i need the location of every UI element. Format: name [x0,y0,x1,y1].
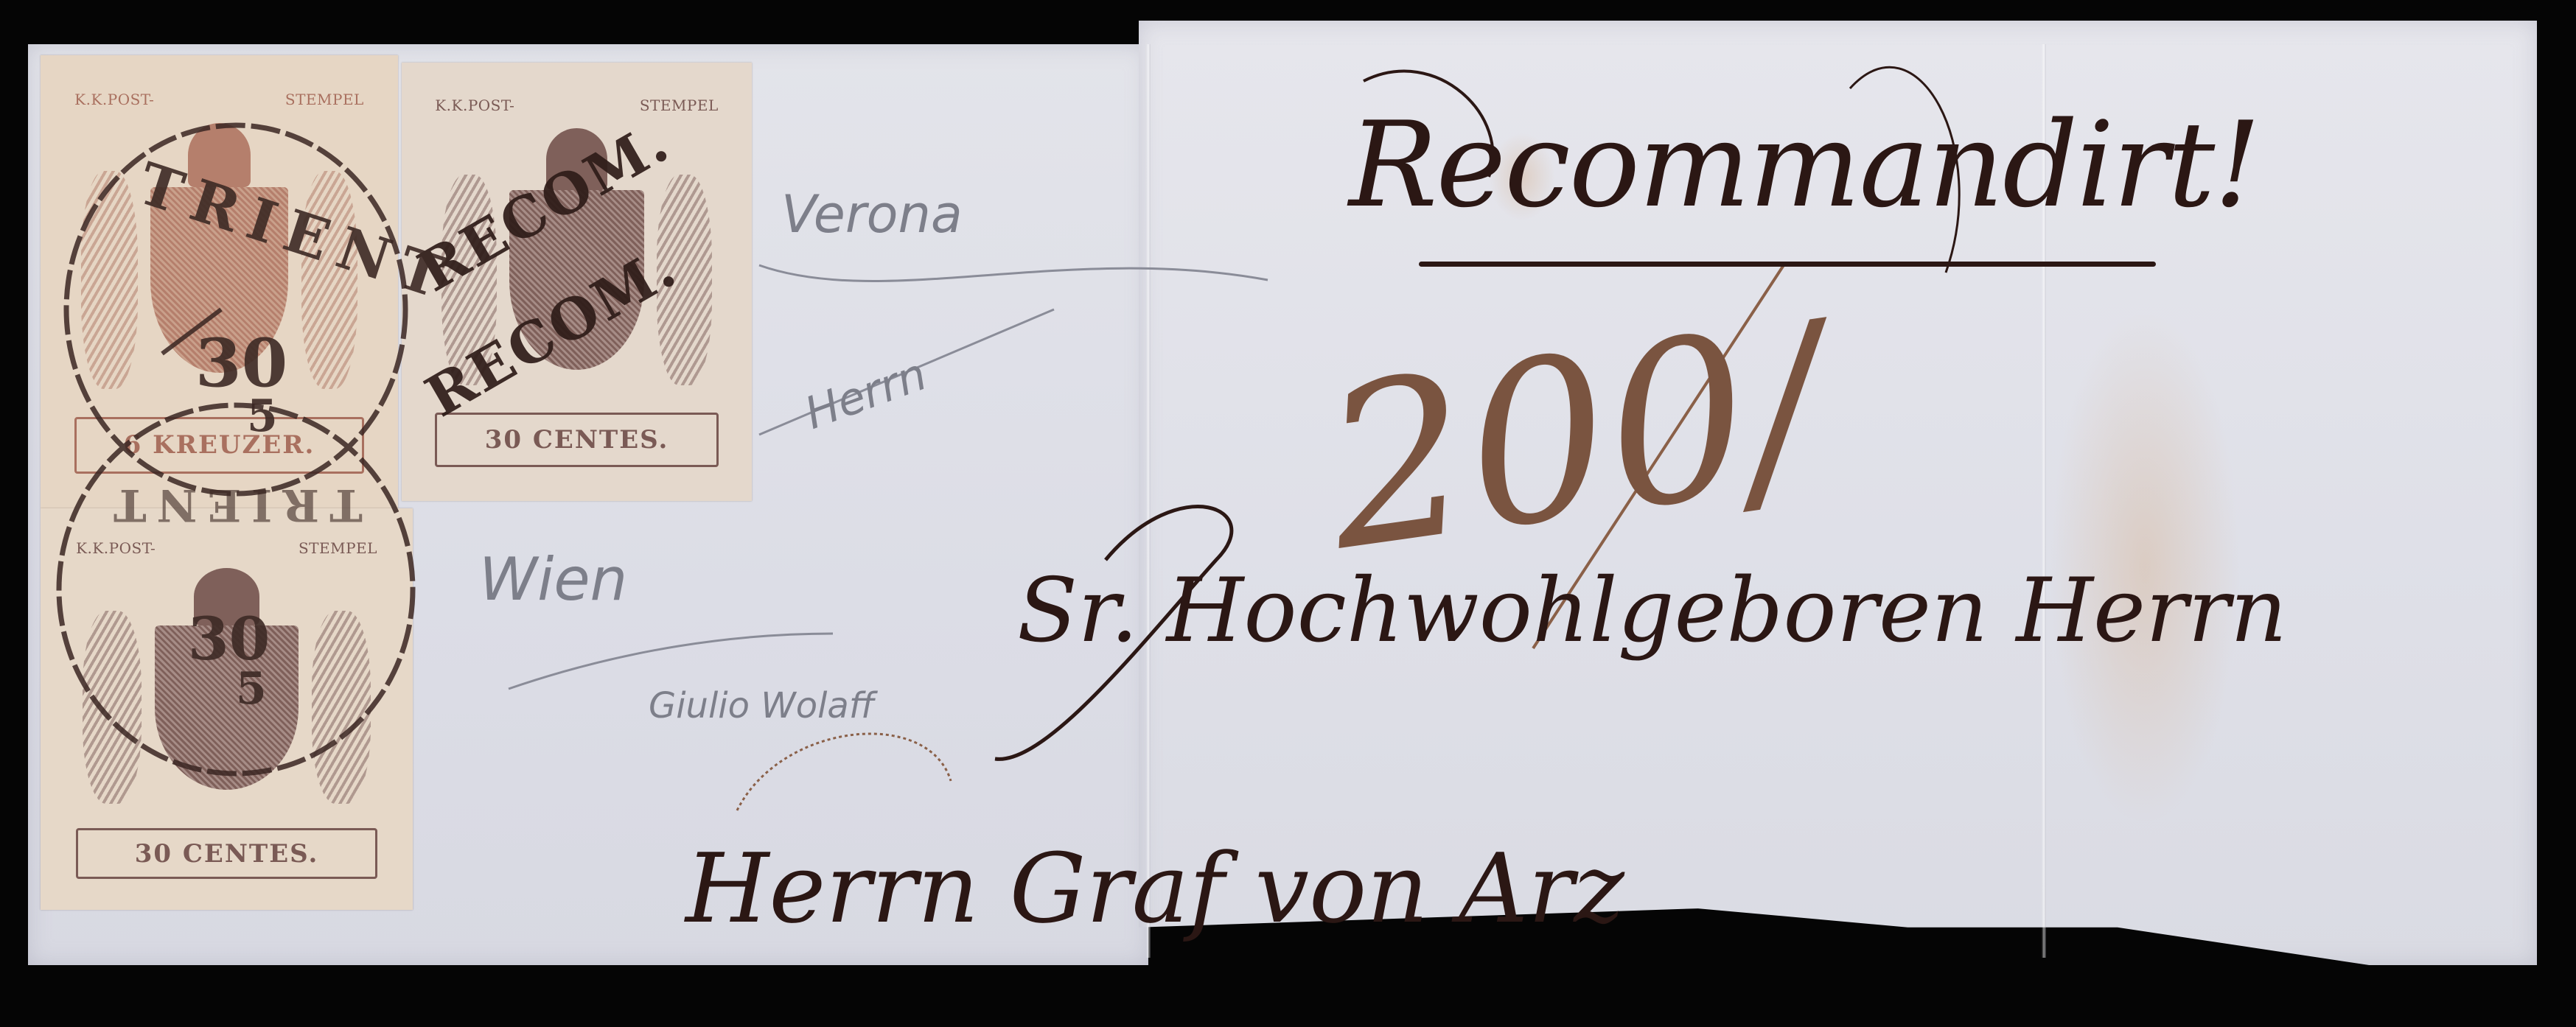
stamp-header-left: K.K.POST- [435,97,514,114]
stamp-value: 6 KREUZER. [74,417,364,474]
stamp-header: K.K.POST- STEMPEL [76,539,377,557]
address-line-2: Herrn Graf von Arz [685,833,1624,944]
stamp-value: 30 CENTES. [435,413,719,468]
stamp-header: K.K.POST- STEMPEL [435,97,719,114]
registration-underline [1419,262,2156,267]
laurel-icon [81,171,138,389]
registration-note: Recommandirt! [1349,96,2260,234]
stamp-value: 30 CENTES. [76,828,377,879]
cancel-town: TRIENT [103,479,363,530]
stamp-header-left: K.K.POST- [76,539,156,557]
pencil-note: Verona [781,184,963,245]
stamp-30-centes: K.K.POST- STEMPEL 30 CENTES. [41,508,413,910]
stamp-header-right: STEMPEL [285,91,364,108]
laurel-icon [312,611,371,804]
fold-line [1146,44,1151,958]
stamp-header-right: STEMPEL [640,97,719,114]
laurel-icon [83,611,142,804]
stamp-header-right: STEMPEL [299,539,377,557]
stamp-header-left: K.K.POST- [74,91,154,108]
cancel-month: 5 [236,663,267,715]
cancel-month: 5 [247,390,278,442]
address-line-1: Sr. Hochwohlgeboren Herrn [1017,560,2287,662]
stamp-header: K.K.POST- STEMPEL [74,91,364,108]
pencil-note: Wien [479,545,627,614]
pencil-note: Giulio Wolaff [649,685,874,726]
